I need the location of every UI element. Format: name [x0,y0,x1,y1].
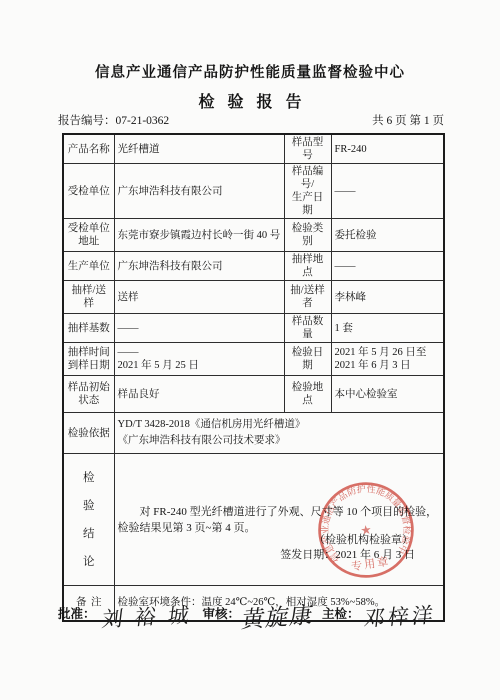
chief-label: 主检： [322,599,360,622]
inspection-type-value: 委托检验 [331,219,444,252]
sampler-label: 抽/送样者 [284,281,331,314]
inspected-unit-value: 广东坤浩科技有限公司 [114,164,284,219]
manufacturer-value: 广东坤浩科技有限公司 [114,252,284,281]
approve-signature: 刘裕城 [100,598,203,633]
label-line: 样品编号/ [288,165,328,191]
inspection-date-label: 检验日期 [284,343,331,376]
page-title: 检验报告 [0,89,500,112]
page-count: 共 6 页 第 1 页 [372,112,444,128]
inspected-unit-label: 受检单位 [63,164,114,219]
basis-line: 《广东坤浩科技有限公司技术要求》 [118,433,441,449]
inspection-place-label: 检验地点 [284,376,331,413]
table-row: 样品初始 状态 样品良好 检验地点 本中心检验室 [63,376,444,413]
basis-line: YD/T 3428-2018《通信机房用光纤槽道》 [118,417,441,433]
table-row: 检验结论 对 FR-240 型光纤槽道进行了外观、尺寸等 10 个项目的检验，检… [63,454,444,586]
inspection-basis-value: YD/T 3428-2018《通信机房用光纤槽道》 《广东坤浩科技有限公司技术要… [114,413,444,454]
sampling-method-value: 送样 [114,281,284,314]
sampling-method-label: 抽样/送样 [63,281,114,314]
report-table: 产品名称 光纤槽道 样品型号 FR-240 受检单位 广东坤浩科技有限公司 样品… [62,133,445,622]
value-line: 2021 年 5 月 26 日至 [335,346,441,359]
label-line: 样品初始 [67,381,111,394]
report-page: 信息产业通信产品防护性能质量监督检验中心 检验报告 报告编号：07-21-036… [0,0,500,700]
table-row: 抽样时间 到样日期 —— 2021 年 5 月 25 日 检验日期 2021 年… [63,343,444,376]
approve-label: 批准： [58,599,96,622]
label-line: 地址 [67,235,111,248]
label-line: 抽样时间 [67,346,111,359]
value-line: 2021 年 5 月 25 日 [118,359,281,372]
sample-qty-label: 样品数量 [284,314,331,343]
sample-model-value: FR-240 [331,134,444,164]
chief-signature: 邓梓洋 [362,599,437,633]
label-line: 状态 [67,394,111,407]
sampling-place-label: 抽样地点 [284,252,331,281]
value-line: 2021 年 6 月 3 日 [335,359,441,372]
review-signature: 黄旋康 [240,596,317,634]
conclusion-text: 对 FR-240 型光纤槽道进行了外观、尺寸等 10 个项目的检验，检验结果见第… [118,504,441,536]
conclusion-label: 检验结论 [63,454,114,586]
table-row: 受检单位 广东坤浩科技有限公司 样品编号/ 生产日期 —— [63,164,444,219]
signature-row: 批准： 刘裕城 审核： 黄旋康 主检： 邓梓洋 [58,599,450,632]
sampler-value: 李林峰 [331,281,444,314]
table-row: 抽样基数 —— 样品数量 1 套 [63,314,444,343]
table-row: 检验依据 YD/T 3428-2018《通信机房用光纤槽道》 《广东坤浩科技有限… [63,413,444,454]
inspection-date-value: 2021 年 5 月 26 日至 2021 年 6 月 3 日 [331,343,444,376]
table-row: 受检单位 地址 东莞市寮步镇霞边村长岭一街 40 号 检验类别 委托检验 [63,219,444,252]
org-name: 信息产业通信产品防护性能质量监督检验中心 [0,61,500,82]
product-name-label: 产品名称 [63,134,114,164]
report-meta: 报告编号：07-21-0362 共 6 页 第 1 页 [58,112,444,128]
label-line: 到样日期 [67,359,111,372]
conclusion-cell: 对 FR-240 型光纤槽道进行了外观、尺寸等 10 个项目的检验，检验结果见第… [114,454,444,586]
issue-date: 签发日期：2021 年 6 月 3 日 [280,549,415,562]
unit-address-label: 受检单位 地址 [63,219,114,252]
unit-address-value: 东莞市寮步镇霞边村长岭一街 40 号 [114,219,284,252]
sampling-place-value: —— [331,252,444,281]
report-number: 报告编号：07-21-0362 [58,112,169,128]
inspection-basis-label: 检验依据 [63,413,114,454]
sample-model-label: 样品型号 [284,134,331,164]
table-row: 产品名称 光纤槽道 样品型号 FR-240 [63,134,444,164]
sampling-date-label: 抽样时间 到样日期 [63,343,114,376]
initial-state-value: 样品良好 [114,376,284,413]
inspection-place-value: 本中心检验室 [331,376,444,413]
stamp-note: （检验机构检验章） [314,534,413,547]
table-row: 生产单位 广东坤浩科技有限公司 抽样地点 —— [63,252,444,281]
sample-no-value: —— [331,164,444,219]
sampling-date-value: —— 2021 年 5 月 25 日 [114,343,284,376]
manufacturer-label: 生产单位 [63,252,114,281]
sample-no-label: 样品编号/ 生产日期 [284,164,331,219]
sample-qty-value: 1 套 [331,314,444,343]
label-line: 受检单位 [67,222,111,235]
inspection-type-label: 检验类别 [284,219,331,252]
initial-state-label: 样品初始 状态 [63,376,114,413]
conclusion-label-text: 检验结论 [82,464,95,576]
sampling-base-label: 抽样基数 [63,314,114,343]
table-row: 抽样/送样 送样 抽/送样者 李林峰 [63,281,444,314]
sampling-base-value: —— [114,314,284,343]
value-line: —— [118,346,281,359]
review-label: 审核： [203,599,241,622]
label-line: 生产日期 [288,191,328,217]
product-name-value: 光纤槽道 [114,134,284,164]
